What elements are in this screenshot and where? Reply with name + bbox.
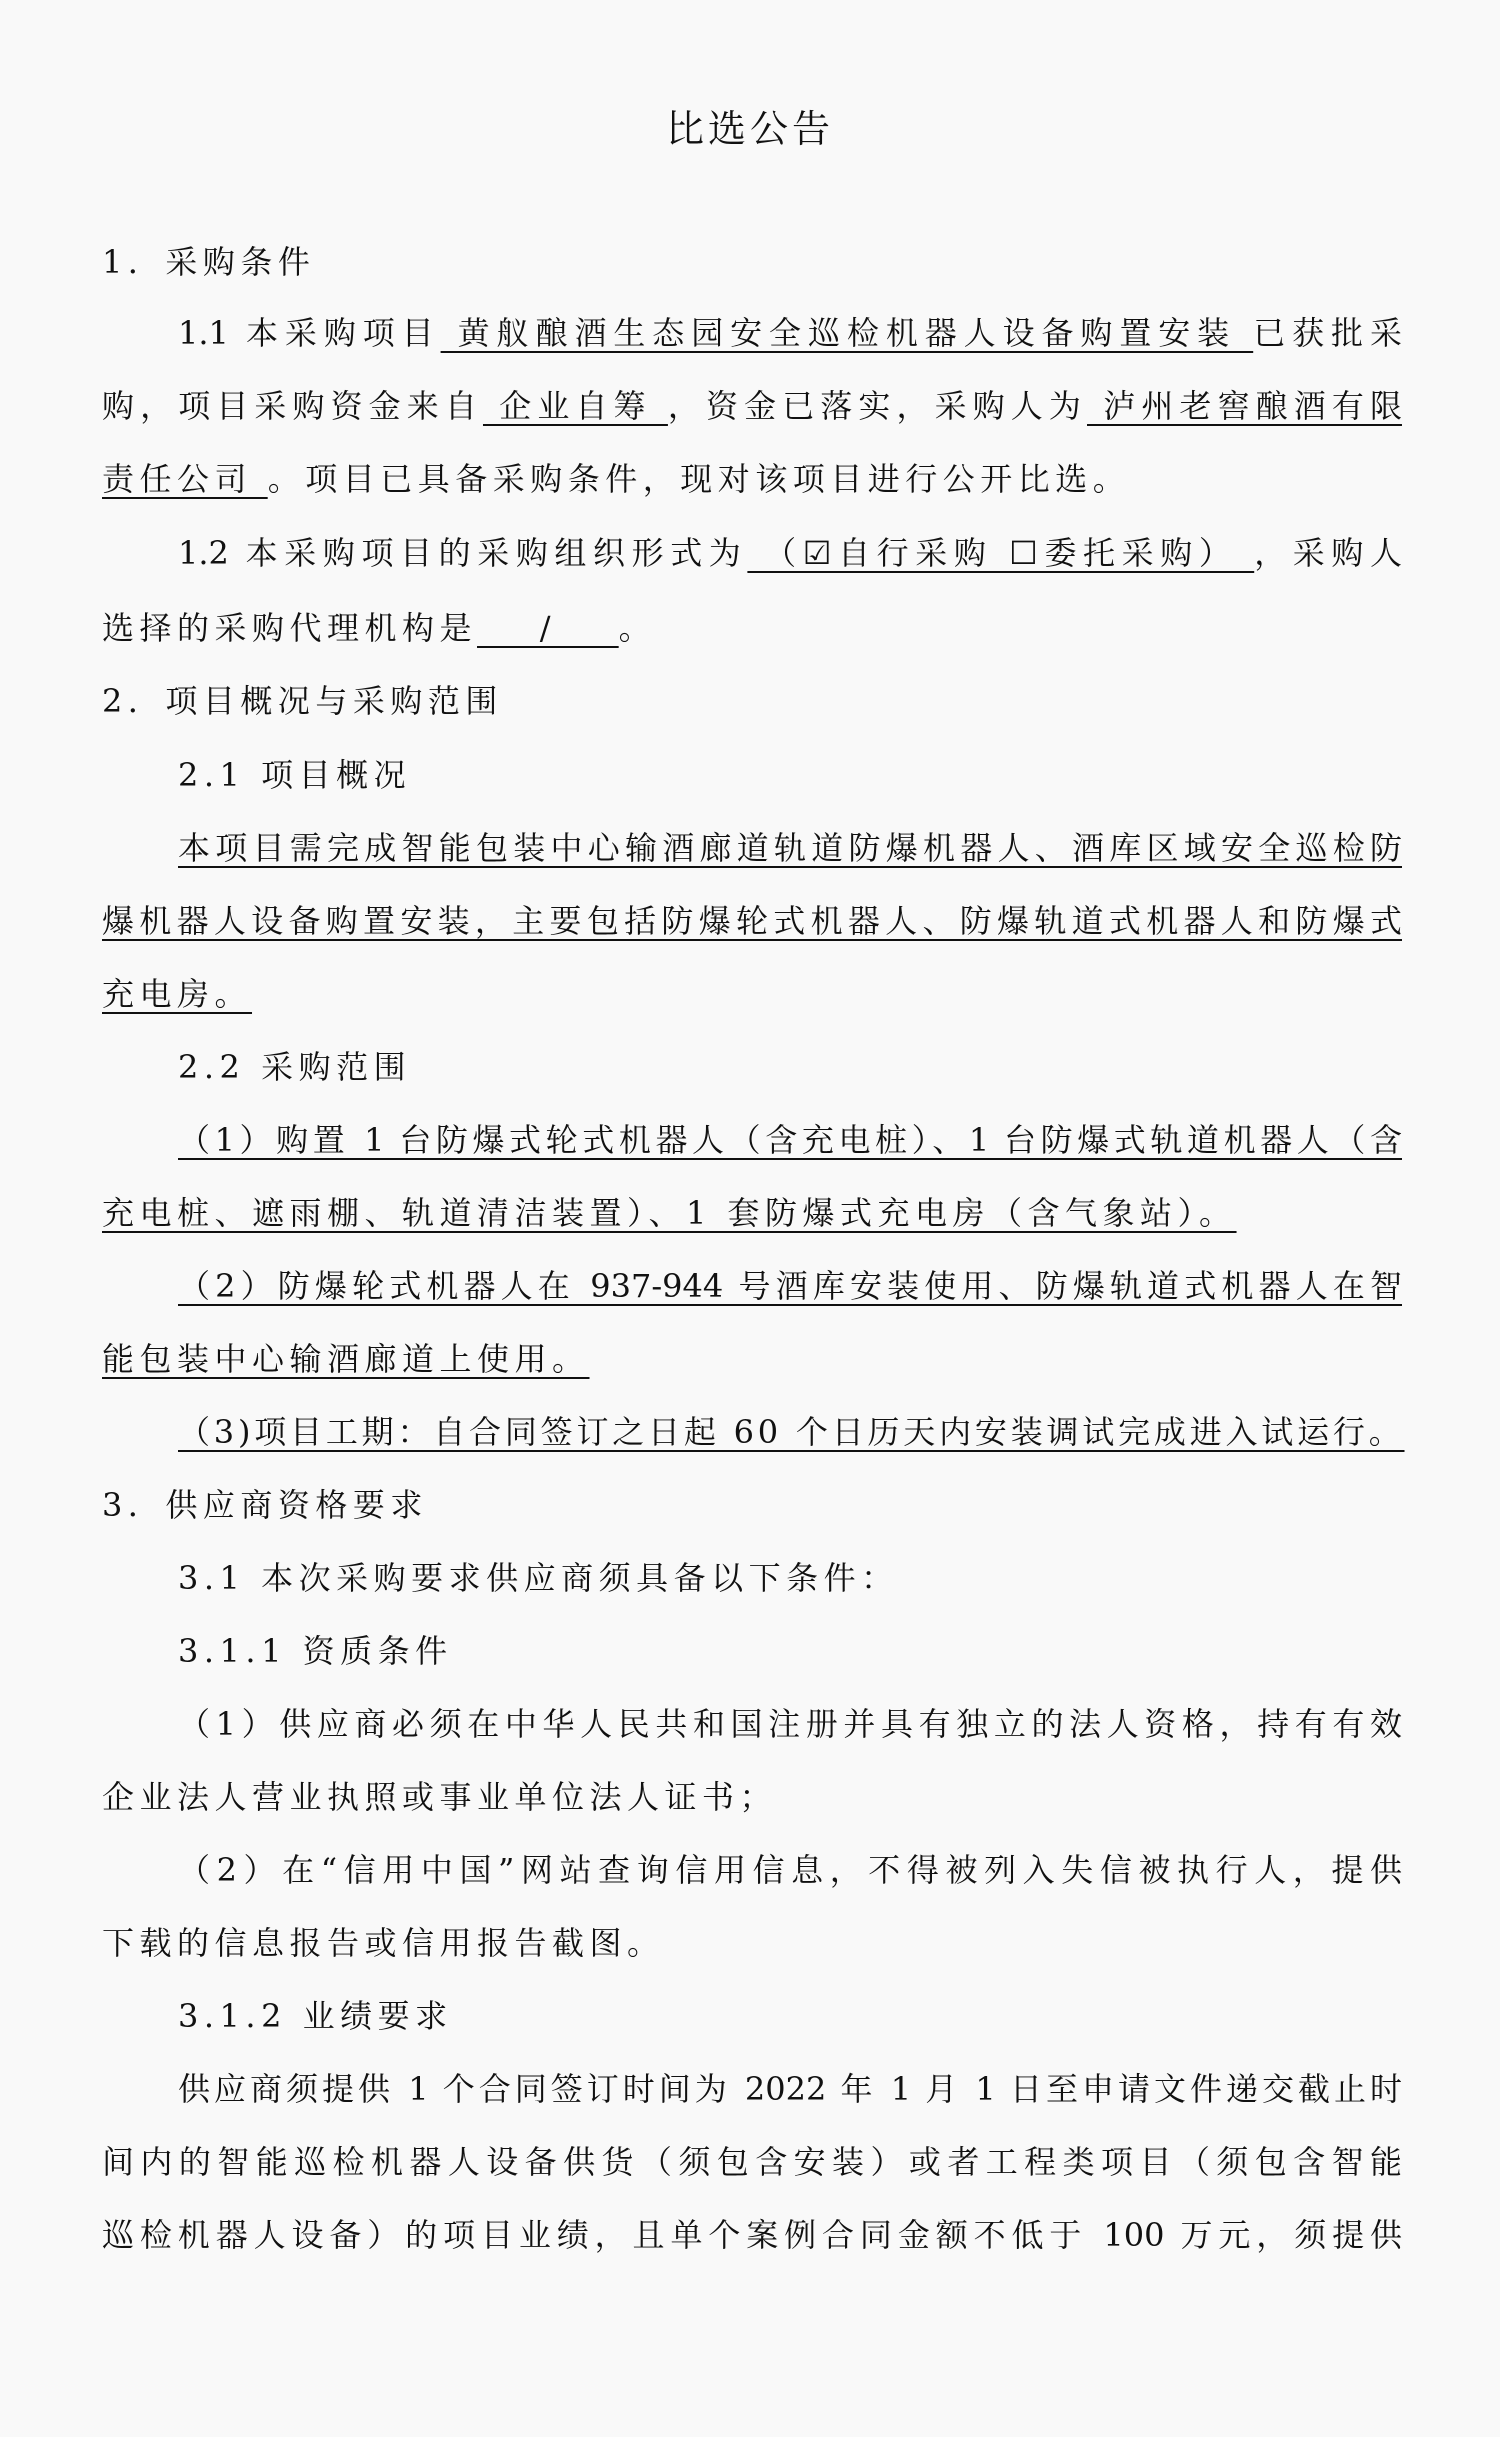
procurement-form-checkboxes: （☑自行采购 ☐委托采购） xyxy=(747,534,1254,572)
overview-line-1: 本项目需完成智能包装中心输酒廊道轨道防爆机器人、酒库区域安全巡检防 xyxy=(178,823,1402,873)
performance-line-1: 供应商须提供 1 个合同签订时间为 2022 年 1 月 1 日至申请文件递交截… xyxy=(178,2064,1402,2114)
agency-field: / xyxy=(477,609,619,647)
qualification-line-3: （2）在“信用中国”网站查询信用信息，不得被列入失信被执行人，提供 xyxy=(178,1845,1402,1895)
fund-source-field: 企业自筹 xyxy=(483,387,668,425)
scope-text: （2）防爆轮式机器人在 937-944 号酒库安装使用、防爆轨道式机器人在智 xyxy=(178,1267,1402,1305)
section-heading-3: 3．供应商资格要求 xyxy=(102,1480,1402,1530)
overview-line-2: 爆机器人设备购置安装，主要包括防爆轮式机器人、防爆轨道式机器人和防爆式 xyxy=(102,896,1402,946)
overview-line-3: 充电房。 xyxy=(102,969,1402,1019)
clause-3-1-2-heading: 3.1.2 业绩要求 xyxy=(178,1991,1402,2041)
scope-text: （3)项目工期：自合同签订之日起 60 个日历天内安装调试完成进入试运行。 xyxy=(178,1413,1405,1451)
scope-text: （1）购置 1 台防爆式轮式机器人（含充电桩）、1 台防爆式轨道机器人（含 xyxy=(178,1121,1402,1159)
scope-line-1: （1）购置 1 台防爆式轮式机器人（含充电桩）、1 台防爆式轨道机器人（含 xyxy=(178,1115,1402,1165)
scope-line-2: 充电桩、遮雨棚、轨道清洁装置）、1 套防爆式充电房（含气象站）。 xyxy=(102,1188,1402,1238)
clause-1-2-line-1: 1.2 本采购项目的采购组织形式为 （☑自行采购 ☐委托采购） ，采购人 xyxy=(178,528,1402,578)
document-page: 比选公告 1．采购条件 1.1 本采购项目 黄舣酿酒生态园安全巡检机器人设备购置… xyxy=(0,0,1500,2437)
static-text: 1.2 本采购项目的采购组织形式为 xyxy=(178,534,747,572)
static-text: 选择的采购代理机构是 xyxy=(102,609,477,647)
purchaser-field: 泸州老窖酿酒有限 xyxy=(1087,387,1402,425)
qualification-line-1: （1）供应商必须在中华人民共和国注册并具有独立的法人资格，持有有效 xyxy=(178,1699,1402,1749)
scope-text: 充电桩、遮雨棚、轨道清洁装置）、1 套防爆式充电房（含气象站）。 xyxy=(102,1194,1237,1232)
static-text: ，资金已落实，采购人为 xyxy=(668,387,1087,425)
clause-2-1-heading: 2.1 项目概况 xyxy=(178,750,1402,800)
clause-1-2-line-2: 选择的采购代理机构是 / 。 xyxy=(102,603,1402,653)
clause-2-2-heading: 2.2 采购范围 xyxy=(178,1042,1402,1092)
clause-1-1-line-1: 1.1 本采购项目 黄舣酿酒生态园安全巡检机器人设备购置安装 已获批采 xyxy=(178,308,1402,358)
section-heading-2: 2．项目概况与采购范围 xyxy=(102,676,1402,726)
project-name-field: 黄舣酿酒生态园安全巡检机器人设备购置安装 xyxy=(441,314,1254,352)
static-text: ，采购人 xyxy=(1254,534,1402,572)
clause-3-1-1-heading: 3.1.1 资质条件 xyxy=(178,1626,1402,1676)
scope-text: 能包装中心输酒廊道上使用。 xyxy=(102,1340,590,1378)
scope-line-5: （3)项目工期：自合同签订之日起 60 个日历天内安装调试完成进入试运行。 xyxy=(178,1407,1402,1457)
qualification-line-4: 下载的信息报告或信用报告截图。 xyxy=(102,1918,1402,1968)
static-text: 。 xyxy=(619,609,657,647)
static-text: 购，项目采购资金来自 xyxy=(102,387,483,425)
scope-line-4: 能包装中心输酒廊道上使用。 xyxy=(102,1334,1402,1384)
clause-3-1-heading: 3.1 本次采购要求供应商须具备以下条件： xyxy=(178,1553,1402,1603)
static-text: 。项目已具备采购条件，现对该项目进行公开比选。 xyxy=(268,460,1131,498)
performance-line-2: 间内的智能巡检机器人设备供货（须包含安装）或者工程类项目（须包含智能 xyxy=(102,2137,1402,2187)
qualification-line-2: 企业法人营业执照或事业单位法人证书； xyxy=(102,1772,1402,1822)
scope-line-3: （2）防爆轮式机器人在 937-944 号酒库安装使用、防爆轨道式机器人在智 xyxy=(178,1261,1402,1311)
static-text: 已获批采 xyxy=(1253,314,1402,352)
clause-1-1-line-3: 责任公司 。项目已具备采购条件，现对该项目进行公开比选。 xyxy=(102,454,1402,504)
page-title: 比选公告 xyxy=(0,104,1500,154)
section-heading-1: 1．采购条件 xyxy=(102,237,1402,287)
clause-label: 1.1 本采购项目 xyxy=(178,314,441,352)
purchaser-field-cont: 责任公司 xyxy=(102,460,268,498)
performance-line-3: 巡检机器人设备）的项目业绩，且单个案例合同金额不低于 100 万元，须提供 xyxy=(102,2210,1402,2260)
clause-1-1-line-2: 购，项目采购资金来自 企业自筹 ，资金已落实，采购人为 泸州老窖酿酒有限 xyxy=(102,381,1402,431)
overview-text: 本项目需完成智能包装中心输酒廊道轨道防爆机器人、酒库区域安全巡检防 xyxy=(178,829,1402,867)
overview-text: 充电房。 xyxy=(102,975,252,1013)
overview-text: 爆机器人设备购置安装，主要包括防爆轮式机器人、防爆轨道式机器人和防爆式 xyxy=(102,902,1402,940)
